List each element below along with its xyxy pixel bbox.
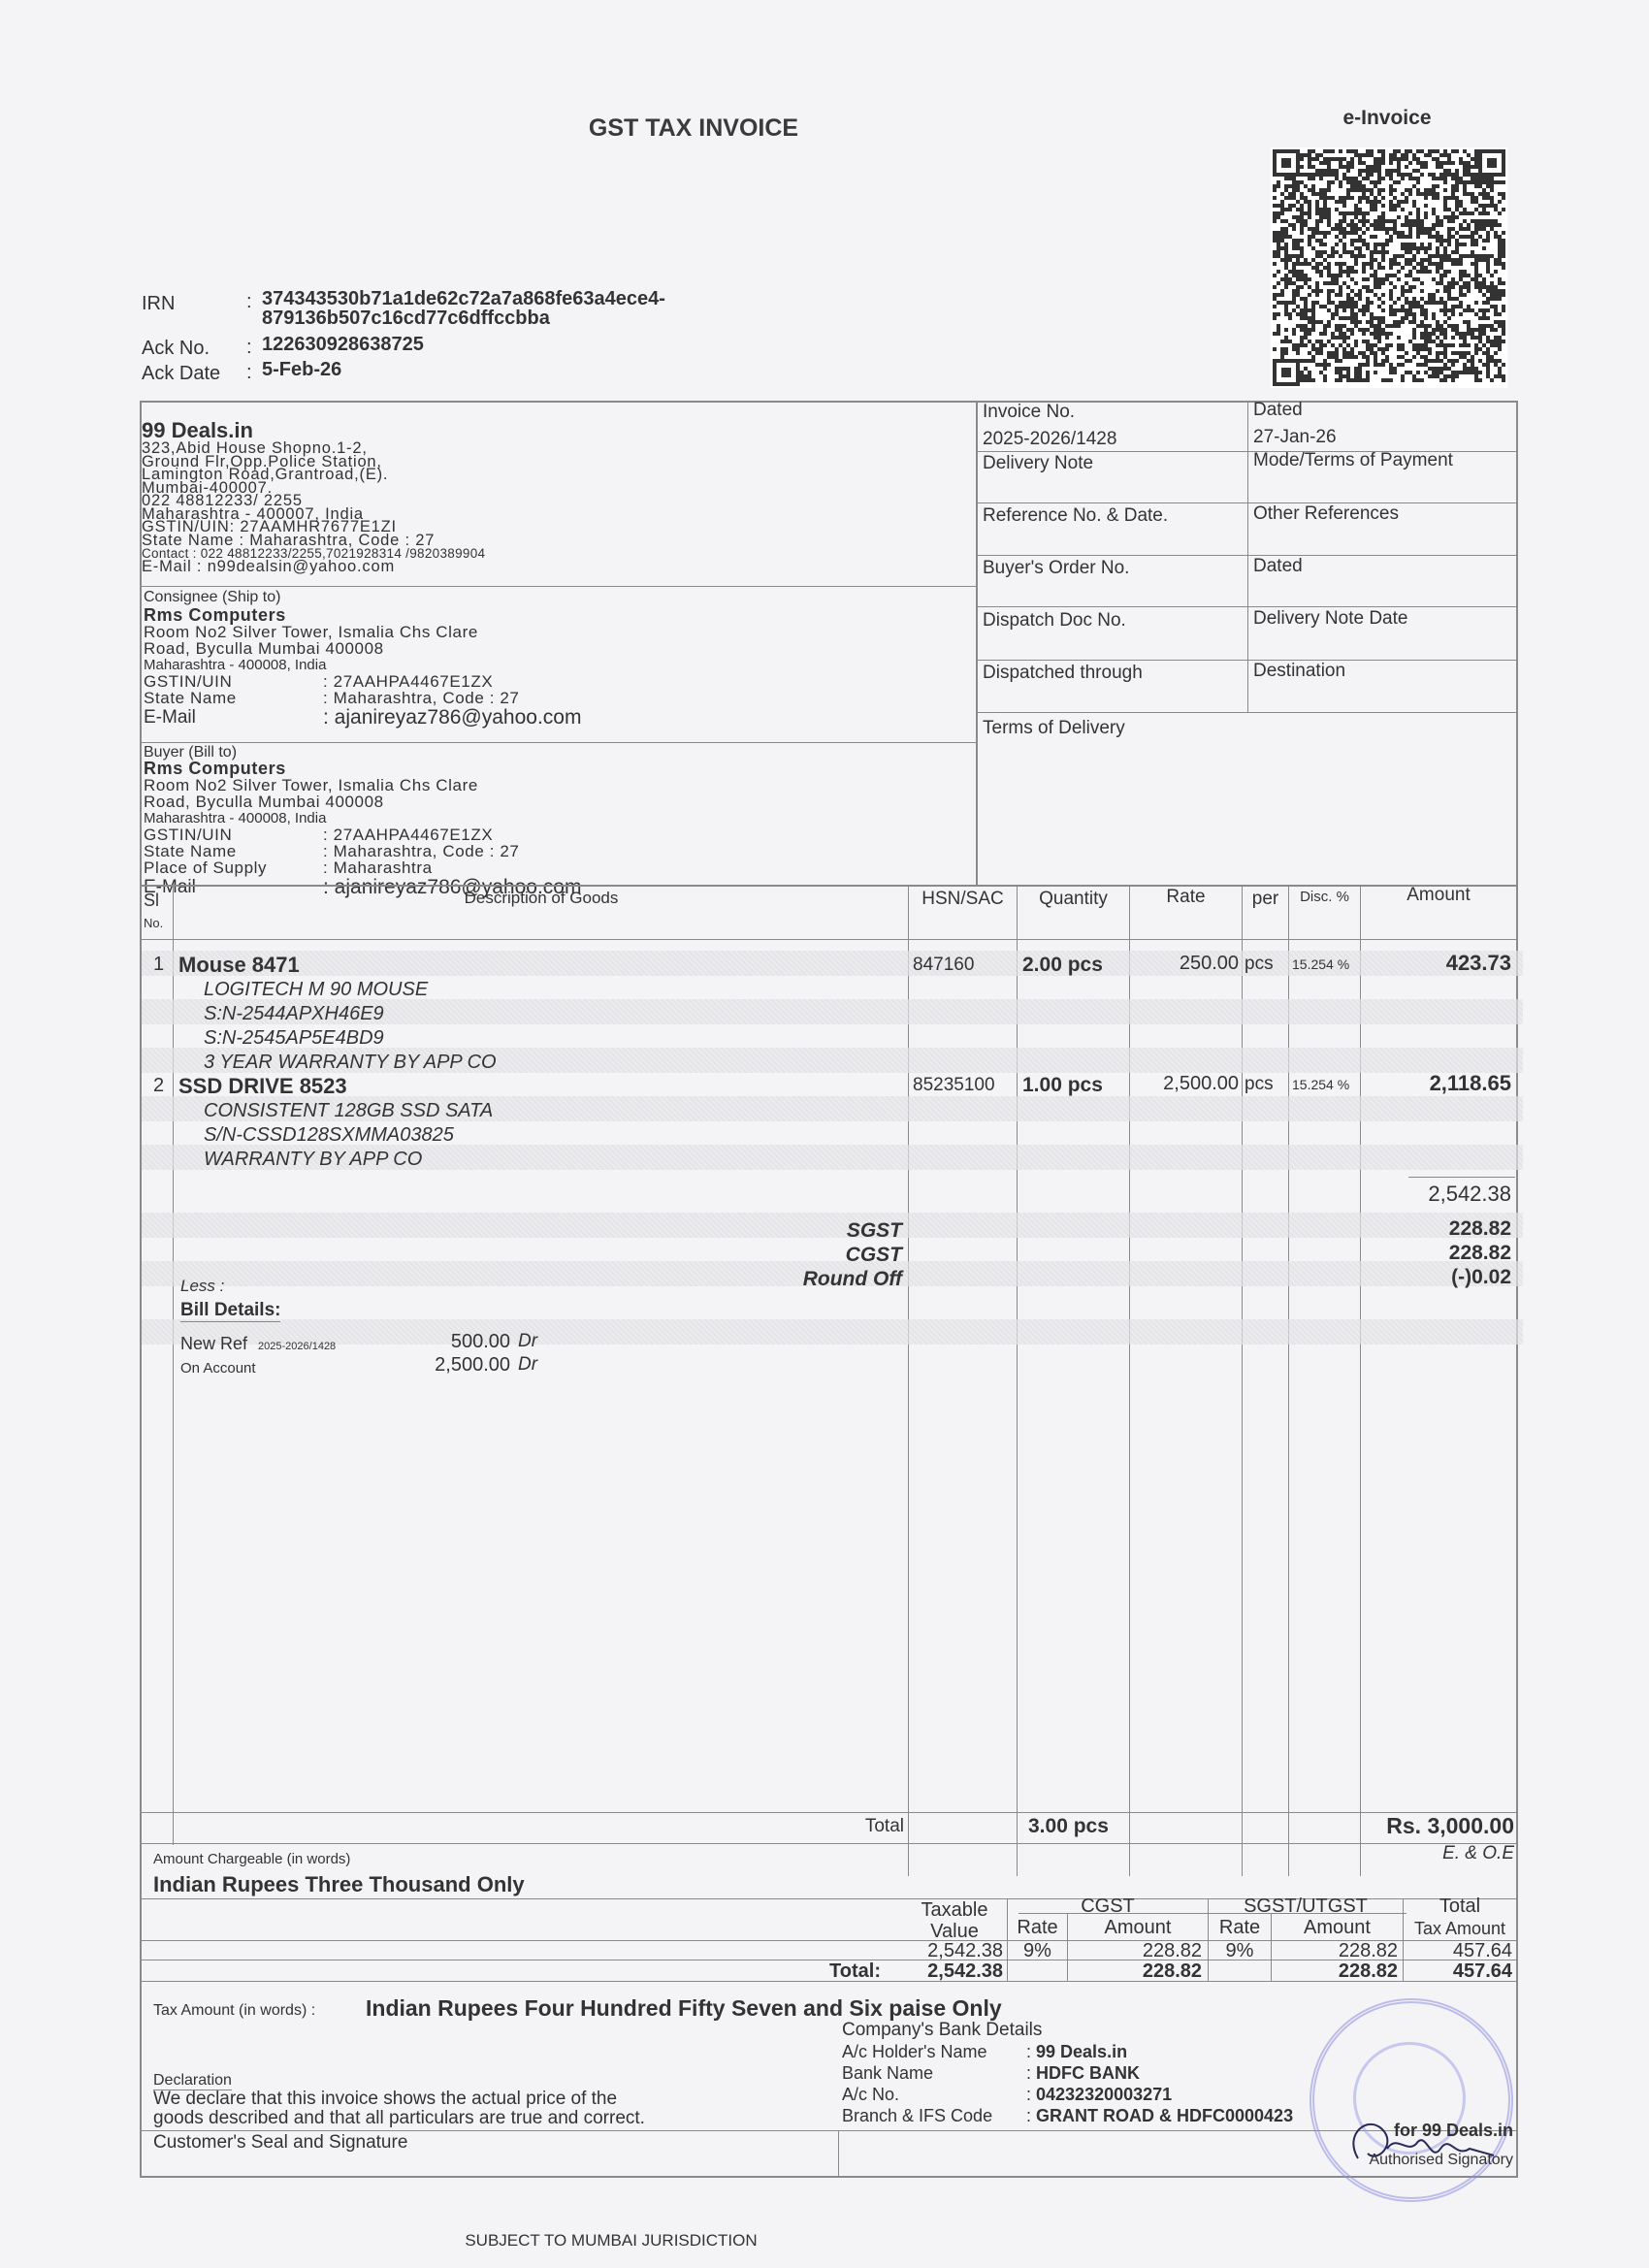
refs-mid [1247,401,1248,713]
col-sl [173,885,174,1845]
sgst-label: SGST [679,1218,902,1243]
buyer-name: Rms Computers [144,761,968,777]
tax-total-label: Total: [776,1960,881,1983]
col-header-hsn: HSN/SAC [909,889,1017,910]
item-detail-line: CONSISTENT 128GB SSD SATA [204,1099,493,1123]
separator [140,586,976,587]
colon: : [246,291,252,313]
einvoice-meta: IRN : 374343530b71a1de62c72a7a868fe63a4e… [142,291,918,388]
col-header-per: per [1243,889,1288,910]
table-top [140,885,1517,887]
item-details: CONSISTENT 128GB SSD SATA S/N-CSSD128SXM… [204,1099,493,1172]
tax-row-cgst-rate: 9% [1008,1940,1067,1962]
row-per: pcs [1245,954,1274,975]
col-disc [1360,885,1361,1876]
holder-name: 99 Deals.in [1036,2042,1127,2061]
buyer-address: Room No2 Silver Tower, Ismalia Chs Clare [144,777,968,794]
total-amount: Rs. 3,000.00 [1361,1813,1514,1839]
col-header-rate: Rate [1130,887,1242,908]
other-references-label: Other References [1253,503,1399,525]
item-detail-line: LOGITECH M 90 MOUSE [204,978,497,1002]
cgst-rate-header: Rate [1008,1917,1067,1939]
split-vertical [976,401,978,886]
sgst-amount: 228.82 [1361,1216,1511,1241]
total-bottom [140,1843,1517,1844]
place-of-supply-label: Place of Supply [144,859,323,876]
amount-words: Indian Rupees Three Thousand Only [153,1872,525,1897]
bank-details: A/c Holder's Name: 99 Deals.in Bank Name… [842,2041,1293,2126]
document-title: GST TAX INVOICE [0,114,1387,143]
tax-row-sgst-rate: 9% [1209,1940,1271,1962]
buyer-state: : Maharashtra, Code : 27 [323,843,519,859]
e-invoice-label: e-Invoice [1329,107,1445,130]
ack-date: 5-Feb-26 [262,359,341,381]
declaration-line: goods described and that all particulars… [153,2109,645,2128]
bank-name: HDFC BANK [1036,2063,1140,2083]
taxable-label: Taxable [902,1899,1007,1921]
declaration-text: We declare that this invoice shows the a… [153,2090,645,2128]
col-per [1288,885,1289,1876]
consignee-state: : Maharashtra, Code : 27 [323,690,519,706]
row-disc: 15.254 % [1292,956,1349,972]
consignee-email: : ajanireyaz786@yahoo.com [323,706,581,729]
tax-words: Indian Rupees Four Hundred Fifty Seven a… [366,1995,1002,2022]
state-label: State Name [144,843,323,859]
dispatched-through-label: Dispatched through [983,663,1143,684]
col-header-sl: Sl [144,891,159,911]
separator [976,555,1517,556]
dispatch-doc-label: Dispatch Doc No. [983,610,1126,632]
row-amount: 2,118.65 [1361,1071,1511,1096]
consignee-address: Road, Byculla Mumbai 400008 [144,640,968,657]
item-detail-line: S:N-2545AP5E4BD9 [204,1026,497,1051]
invoice-no: 2025-2026/1428 [983,429,1116,450]
declaration-line: We declare that this invoice shows the a… [153,2090,645,2109]
invoice-date: 27-Jan-26 [1253,427,1337,448]
bill-ref-row: New Ref 2025-2026/1428 [180,1334,336,1354]
account-number: 04232320003271 [1036,2085,1172,2104]
ack-no-label: Ack No. [142,338,210,360]
ack-no: 122630928638725 [262,334,424,356]
tax-header-taxable: Taxable Value [902,1899,1007,1942]
tax-total-amount: 457.64 [1404,1960,1512,1983]
buyer-address: Road, Byculla Mumbai 400008 [144,794,968,810]
col-header-description: Description of Goods [175,889,908,908]
consignee-heading: Consignee (Ship to) [144,589,968,605]
row-hsn: 85235100 [913,1075,995,1096]
row-rate: 2,500.00 [1130,1073,1239,1095]
delivery-note-date-label: Delivery Note Date [1253,608,1407,630]
bank-heading: Company's Bank Details [842,2020,1042,2041]
item-detail-line: S:N-2544APXH46E9 [204,1002,497,1026]
row-sl: 2 [153,1075,164,1097]
row-qty: 2.00 pcs [1022,954,1103,977]
subtotal-rule [1408,1177,1515,1178]
consignee-name: Rms Computers [144,607,968,624]
tax-row-taxable: 2,542.38 [902,1940,1003,1962]
colon: : [246,337,252,359]
separator [976,712,1517,713]
seller-state-name: State Name : Maharashtra, Code : 27 [142,535,956,548]
dated-label: Dated [1253,400,1303,421]
customer-seal-label: Customer's Seal and Signature [153,2132,407,2154]
state-label: State Name [144,690,323,706]
gstin-label: GSTIN/UIN [144,673,323,690]
col-rate [1242,885,1243,1876]
tax-amount-header: Tax Amount [1404,1919,1516,1939]
consignee-address: Maharashtra - 400008, India [144,657,968,673]
holder-label: A/c Holder's Name [842,2041,1026,2062]
bill-details-label: Bill Details: [180,1300,280,1322]
tax-header-sgst: SGST/UTGST [1209,1895,1403,1918]
email-label: E-Mail [144,706,323,729]
bill-ref-amount: 500.00 [369,1331,510,1353]
buyer-block: Buyer (Bill to) Rms Computers Room No2 S… [144,744,968,899]
branch-ifsc: GRANT ROAD & HDFC0000423 [1036,2106,1293,2125]
mode-terms-label: Mode/Terms of Payment [1253,450,1453,471]
amount-words-label: Amount Chargeable (in words) [153,1851,350,1867]
item-detail-line: WARRANTY BY APP CO [204,1148,493,1172]
buyer-address: Maharashtra - 400008, India [144,810,968,826]
item-name: Mouse 8471 [178,953,300,978]
row-qty: 1.00 pcs [1022,1074,1103,1097]
col-header-quantity: Quantity [1018,889,1129,910]
total-label: Total [679,1816,904,1837]
consignee-address: Room No2 Silver Tower, Ismalia Chs Clare [144,624,968,640]
jurisdiction: SUBJECT TO MUMBAI JURISDICTION [0,2231,1649,2251]
buyer-place-of-supply: : Maharashtra [323,859,433,876]
tax-total-cgst: 228.82 [1068,1960,1202,1983]
item-detail-line: S/N-CSSD128SXMMA03825 [204,1123,493,1148]
order-dated-label: Dated [1253,556,1303,577]
invoice-no-label: Invoice No. [983,402,1075,423]
tax-header-total: Total [1404,1895,1516,1918]
col-hsn [1017,885,1018,1876]
seller-block: 99 Deals.in 323,Abid House Shopno.1-2, G… [142,419,956,573]
item-details: LOGITECH M 90 MOUSE S:N-2544APXH46E9 S:N… [204,978,497,1075]
sgst-rate-header: Rate [1209,1917,1271,1939]
separator [976,606,1517,607]
branch-label: Branch & IFS Code [842,2105,1026,2126]
col-desc [908,885,909,1876]
sgst-amount-header: Amount [1272,1917,1403,1939]
on-account-drcr: Dr [518,1354,537,1376]
row-rate: 250.00 [1130,953,1239,975]
frame-left [140,401,142,2178]
tax-row-total: 457.64 [1404,1940,1512,1962]
less-label: Less : [180,1277,224,1296]
bill-ref-number: 2025-2026/1428 [258,1341,336,1352]
delivery-note-label: Delivery Note [983,453,1093,474]
separator [140,742,976,743]
signature-split [838,2130,839,2177]
authorised-signatory: Authorised Signatory [1339,2152,1513,2169]
eoe-label: E. & O.E [1361,1843,1514,1864]
tax-amounts: 228.82 228.82 (-)0.02 [1361,1216,1511,1289]
cgst-label: CGST [679,1243,902,1267]
qr-code-icon [1271,147,1507,388]
irn-label: IRN [142,293,175,315]
cgst-amount: 228.82 [1361,1241,1511,1265]
frame-right [1516,401,1518,2178]
scan-stripe [142,1319,1523,1345]
tax-total-sgst: 228.82 [1272,1960,1398,1983]
tax-row-sgst-amount: 228.82 [1272,1940,1398,1962]
gstin-label: GSTIN/UIN [144,826,323,843]
row-disc: 15.254 % [1292,1077,1349,1092]
tax-words-label: Tax Amount (in words) : [153,2002,315,2020]
row-sl: 1 [153,954,164,976]
col-header-disc: Disc. % [1289,889,1360,905]
tax-total-taxable: 2,542.38 [902,1960,1003,1983]
row-per: pcs [1245,1074,1274,1095]
cgst-amount-header: Amount [1068,1917,1208,1939]
bank-label: Bank Name [842,2062,1026,2084]
separator [976,502,1517,503]
table-header-bottom [140,939,1517,940]
colon: : [246,362,252,384]
round-off-amount: (-)0.02 [1361,1265,1511,1289]
frame-bottom [140,2176,1518,2178]
terms-of-delivery-label: Terms of Delivery [983,718,1125,739]
on-account-amount: 2,500.00 [369,1354,510,1377]
bill-ref-drcr: Dr [518,1331,537,1352]
separator [976,660,1517,661]
tax-labels: SGST CGST Round Off [679,1218,902,1291]
value-label: Value [902,1921,1007,1942]
signature-top [140,2130,1517,2131]
consignee-block: Consignee (Ship to) Rms Computers Room N… [144,589,968,729]
total-quantity: 3.00 pcs [1028,1815,1109,1838]
subtotal: 2,542.38 [1361,1182,1511,1207]
total-top [140,1812,1517,1813]
seller-email: E-Mail : n99dealsin@yahoo.com [142,561,956,574]
acno-label: A/c No. [842,2084,1026,2105]
row-amount: 423.73 [1361,951,1511,976]
bill-ref-label: New Ref [180,1334,247,1353]
tax-row-cgst-amount: 228.82 [1068,1940,1202,1962]
item-detail-line: 3 YEAR WARRANTY BY APP CO [204,1051,497,1075]
irn-line2: 879136b507c16cd77c6dffccbba [262,308,550,330]
buyer-gstin: : 27AAHPA4467E1ZX [323,826,493,843]
item-name: SSD DRIVE 8523 [178,1074,347,1099]
col-header-amount: Amount [1361,885,1516,906]
row-hsn: 847160 [913,955,974,976]
destination-label: Destination [1253,661,1345,682]
buyers-order-label: Buyer's Order No. [983,558,1129,579]
ack-date-label: Ack Date [142,363,220,385]
col-qty [1129,885,1130,1876]
round-off-label: Round Off [679,1267,902,1291]
col-header-sl-no: No. [144,916,163,930]
reference-no-label: Reference No. & Date. [983,505,1168,527]
frame-top [140,401,1517,403]
tax-header-cgst: CGST [1008,1895,1208,1918]
on-account-label: On Account [180,1360,256,1377]
consignee-gstin: : 27AAHPA4467E1ZX [323,673,493,690]
